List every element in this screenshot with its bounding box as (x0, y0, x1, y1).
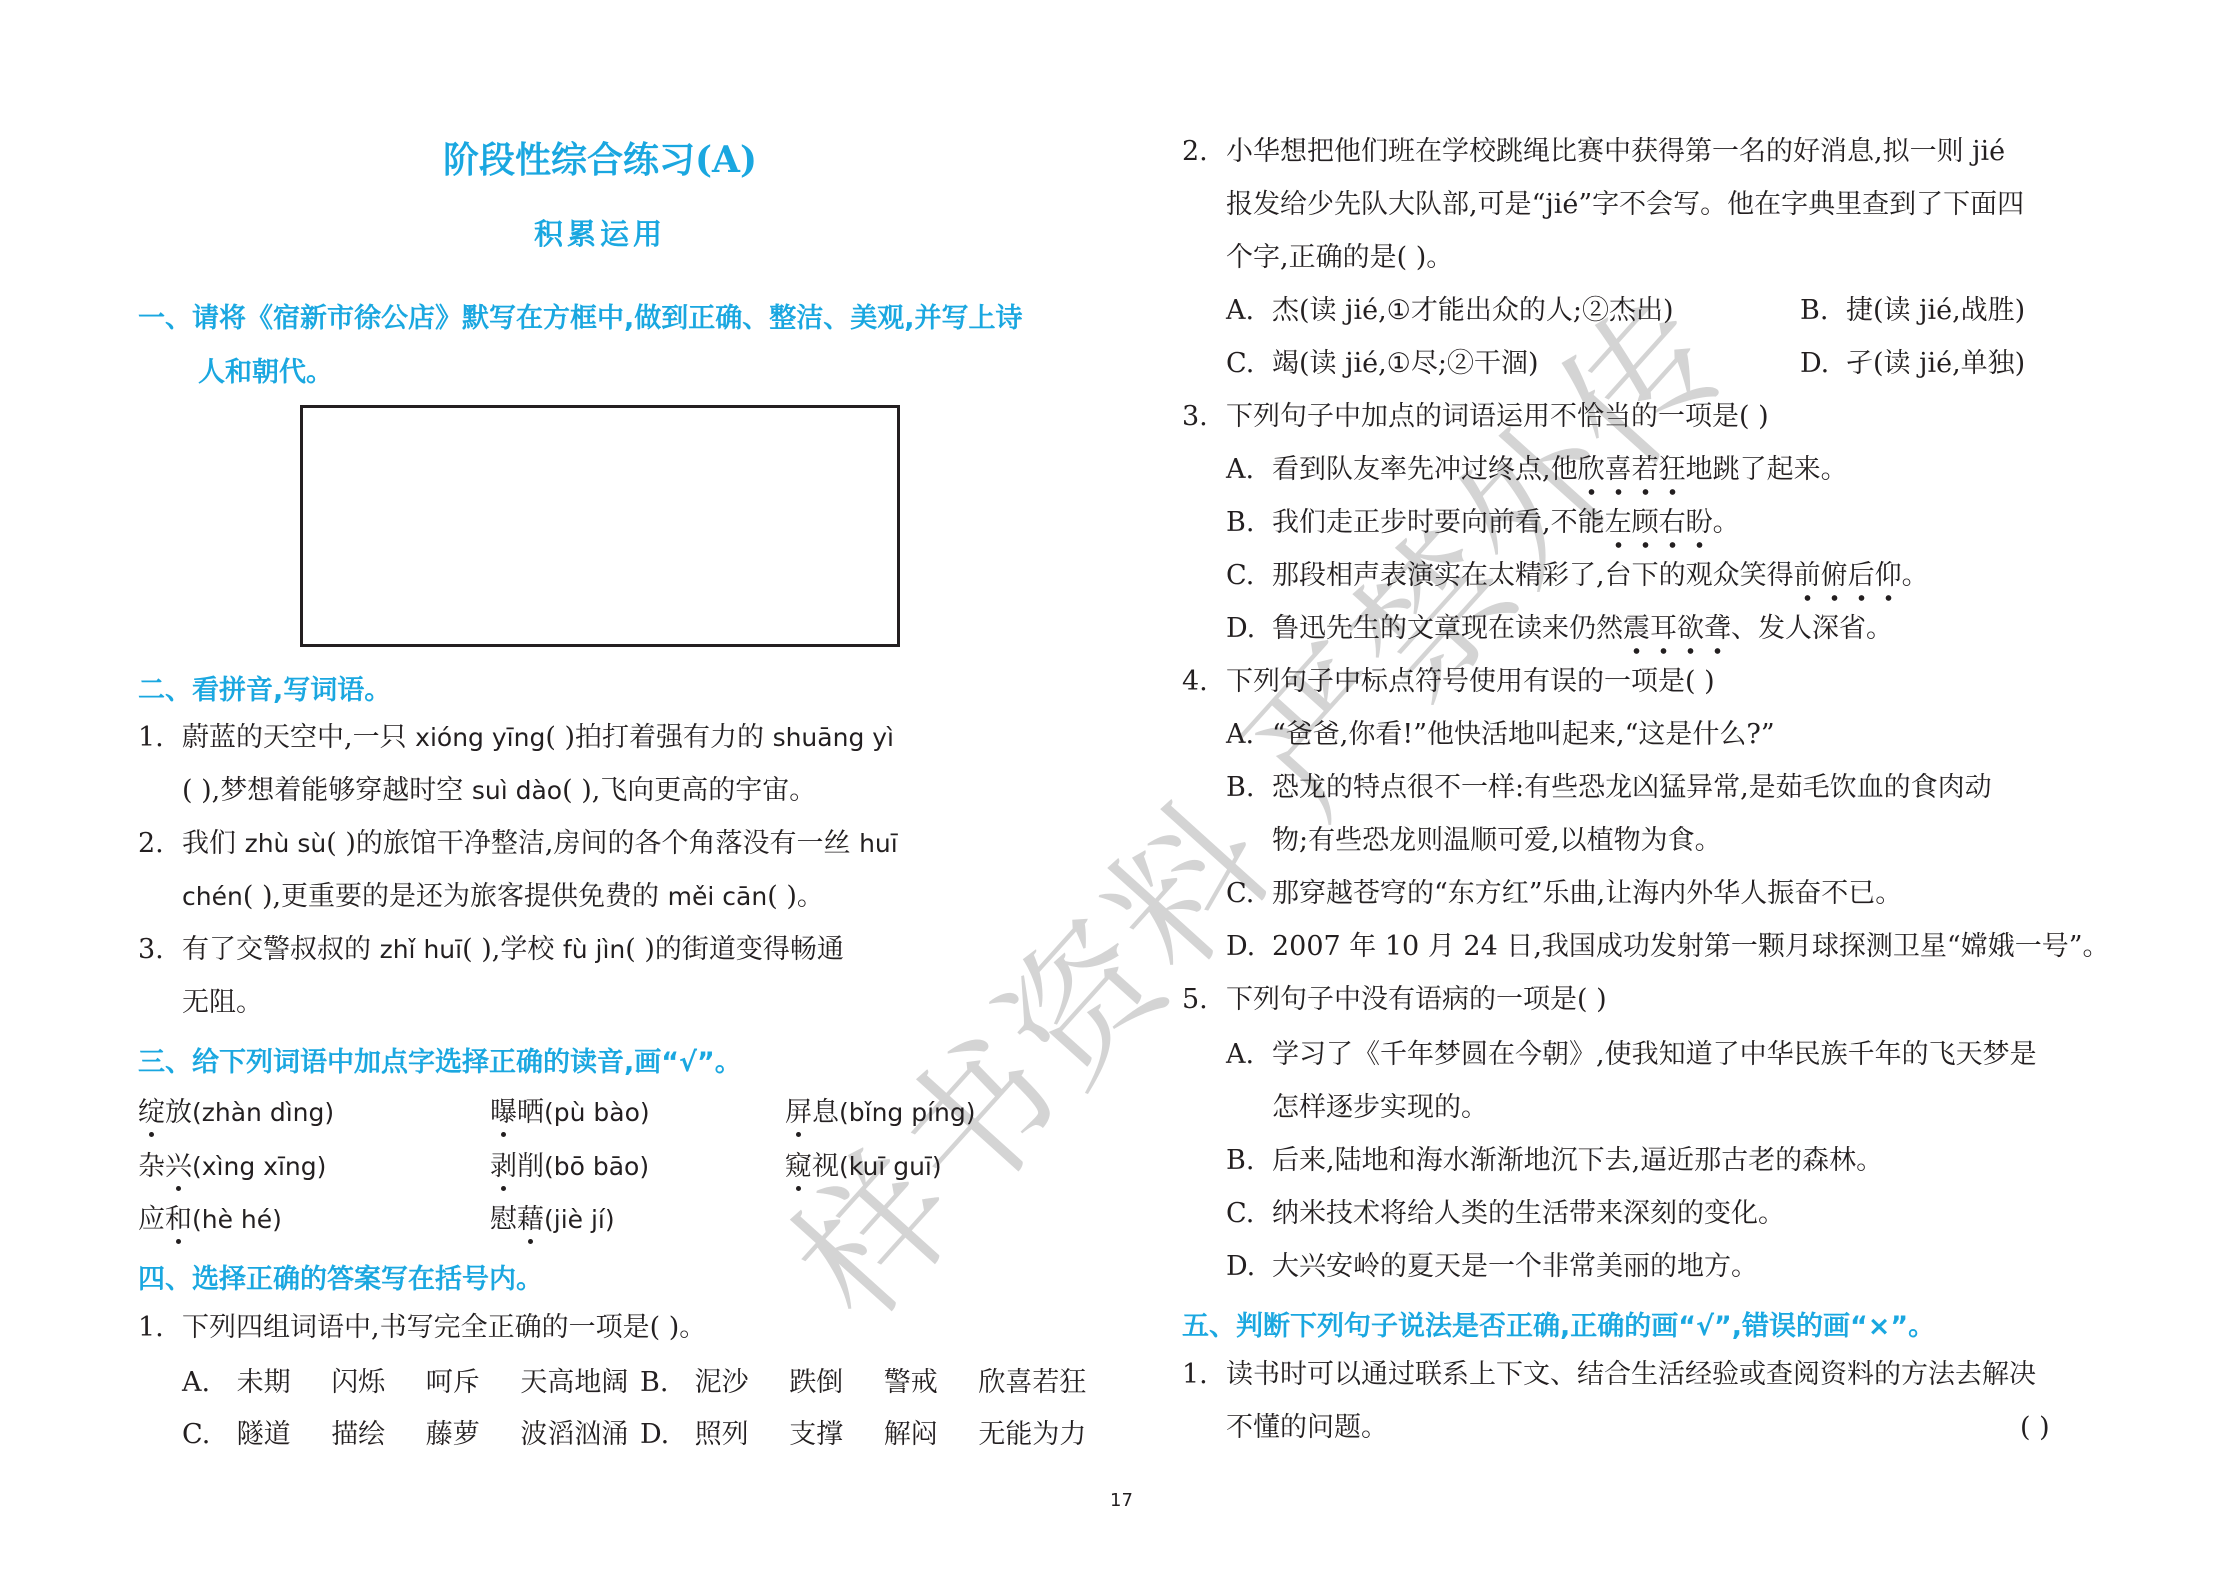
dotted-char: 藉 (517, 1204, 544, 1235)
char: 应 (138, 1204, 165, 1235)
statement-text: 读书时可以通过联系上下文、结合生活经验或查阅资料的方法去解决 (1226, 1359, 2036, 1390)
option-label: B. (1226, 1143, 1272, 1179)
pinyin-options[interactable]: (xìng xīng) (192, 1152, 326, 1181)
pinyin-options[interactable]: (bǐng píng) (839, 1098, 976, 1127)
word: 欣喜若狂 (978, 1365, 1086, 1401)
dotted-char: 和 (165, 1204, 192, 1235)
word: 照列 (695, 1417, 781, 1453)
s2-item3-line2: 无阻。 (182, 985, 263, 1021)
option-text: 捷(读 jié,战胜) (1846, 295, 2025, 326)
word: 泥沙 (695, 1365, 781, 1401)
option-label: B. (1226, 505, 1272, 541)
page-title: 阶段性综合练习(A) (0, 132, 1200, 183)
option-label: D. (1226, 1249, 1272, 1285)
s2-item2-line2: chén( ),更重要的是还为旅客提供免费的 měi cān( )。 (182, 879, 824, 915)
q3-option-d[interactable]: D.鲁迅先生的文章现在读来仍然震耳欲聋、发人深省。 (1226, 611, 1893, 647)
text: 有了交警叔叔的 (182, 934, 380, 965)
q2-stem-line1: 2.小华想把他们班在学校跳绳比赛中获得第一名的好消息,拟一则 jié (1182, 134, 2005, 170)
option-text: 大兴安岭的夏天是一个非常美丽的地方。 (1272, 1251, 1758, 1282)
option-text: 。 (1902, 560, 1929, 591)
option-text: 那段相声表演实在太精彩了,台下的观众笑得 (1272, 560, 1794, 591)
q3-option-a[interactable]: A.看到队友率先冲过终点,他欣喜若狂地跳了起来。 (1226, 452, 1848, 488)
char: 晒 (517, 1097, 544, 1128)
option-text: 竭(读 jié,①尽;②干涸) (1272, 348, 1539, 379)
poem-writing-box[interactable] (300, 405, 900, 647)
word: 无能为力 (978, 1417, 1086, 1453)
option-text: 恐龙的特点很不一样:有些恐龙凶猛异常,是茹毛饮血的食肉动 (1272, 772, 1992, 803)
option-text: 鲁迅先生的文章现在读来仍然 (1272, 613, 1623, 644)
dotted-word: 欣喜若狂 (1578, 454, 1686, 497)
pinyin: suì dào (472, 776, 562, 805)
q2-option-b[interactable]: B.捷(读 jié,战胜) (1800, 293, 2025, 329)
dotted-char: 曝 (490, 1097, 517, 1128)
pinyin-options[interactable]: (jiè jí) (544, 1205, 615, 1234)
dotted-word: 左顾右盼 (1605, 507, 1713, 550)
s5-item1-answer-blank[interactable]: ( ) (2020, 1410, 2050, 1446)
word: 跌倒 (789, 1365, 875, 1401)
dotted-word: 前俯后仰 (1794, 560, 1902, 603)
question-text: 下列句子中加点的词语运用不恰当的一项是( ) (1226, 401, 1769, 432)
question-text: 下列句子中标点符号使用有误的一项是( ) (1226, 666, 1715, 697)
page-number: 17 (1110, 1490, 1133, 1511)
option-text: 。 (1713, 507, 1740, 538)
section1-heading-cont: 人和朝代。 (198, 350, 333, 389)
word: 藤萝 (426, 1417, 512, 1453)
q4-option-b[interactable]: B.恐龙的特点很不一样:有些恐龙凶猛异常,是茹毛饮血的食肉动 (1226, 770, 1992, 806)
option-text: “爸爸,你看!”他快活地叫起来,“这是什么?” (1272, 719, 1775, 750)
q4-stem: 4.下列句子中标点符号使用有误的一项是( ) (1182, 664, 1715, 700)
option-text: 后来,陆地和海水渐渐地沉下去,逼近那古老的森林。 (1272, 1145, 1883, 1176)
question-text: 下列句子中没有语病的一项是( ) (1226, 984, 1607, 1015)
section3-heading: 三、给下列词语中加点字选择正确的读音,画“√”。 (138, 1040, 742, 1079)
item-number: 1. (1182, 1357, 1226, 1393)
q1-option-d[interactable]: D. 照列 支撑 解闷 无能为力 (640, 1417, 1086, 1453)
page-subtitle: 积累运用 (0, 212, 1200, 253)
char: 杂 (138, 1151, 165, 1182)
s5-item1-line1: 1.读书时可以通过联系上下文、结合生活经验或查阅资料的方法去解决 (1182, 1357, 2036, 1393)
s3-word-yinghe[interactable]: 应和(hè hé) (138, 1202, 282, 1238)
q2-option-a[interactable]: A.杰(读 jié,①才能出众的人;②杰出) (1226, 293, 1674, 329)
char: 息 (812, 1097, 839, 1128)
option-text: 我们走正步时要向前看,不能 (1272, 507, 1605, 538)
q2-stem-line2: 报发给少先队大队部,可是“jié”字不会写。他在字典里查到了下面四 (1226, 187, 2024, 223)
word: 警戒 (884, 1365, 970, 1401)
option-text: 地跳了起来。 (1686, 454, 1848, 485)
option-text: 那穿越苍穹的“东方红”乐曲,让海内外华人振奋不已。 (1272, 878, 1902, 909)
q5-option-c[interactable]: C.纳米技术将给人类的生活带来深刻的变化。 (1226, 1196, 1785, 1232)
dotted-char: 窥 (785, 1151, 812, 1182)
word: 未期 (237, 1365, 323, 1401)
option-label: C. (1226, 346, 1272, 382)
s3-word-bingxi[interactable]: 屏息(bǐng píng) (785, 1095, 976, 1131)
answer-blank[interactable]: ( ),梦想着能够穿越时空 (182, 775, 472, 806)
dotted-word: 震耳欲聋 (1623, 613, 1731, 656)
q1-stem: 1.下列四组词语中,书写完全正确的一项是( )。 (138, 1310, 706, 1346)
item-number: 2. (138, 826, 182, 862)
char: 放 (165, 1097, 192, 1128)
q2-option-c[interactable]: C.竭(读 jié,①尽;②干涸) (1226, 346, 1539, 382)
option-text: 孑(读 jié,单独) (1846, 348, 2025, 379)
option-label: C. (1226, 876, 1272, 912)
option-label: A. (1226, 452, 1272, 488)
option-label: C. (182, 1417, 228, 1453)
answer-blank[interactable]: ( )。 (767, 881, 824, 912)
pinyin-options[interactable]: (zhàn dìng) (192, 1098, 334, 1127)
pinyin: chén (182, 882, 243, 911)
option-label: A. (1226, 293, 1272, 329)
option-label: A. (182, 1365, 228, 1401)
option-label: D. (1800, 346, 1846, 382)
option-label: B. (1800, 293, 1846, 329)
section4-heading: 四、选择正确的答案写在括号内。 (138, 1257, 543, 1296)
q3-option-c[interactable]: C.那段相声表演实在太精彩了,台下的观众笑得前俯后仰。 (1226, 558, 1929, 594)
q5-option-a-cont: 怎样逐步实现的。 (1272, 1090, 1488, 1126)
q4-option-b-cont: 物;有些恐龙则温顺可爱,以植物为食。 (1272, 823, 1722, 859)
word: 呵斥 (426, 1365, 512, 1401)
s3-word-kuishi[interactable]: 窥视(kuī guī) (785, 1149, 942, 1185)
answer-blank[interactable]: ( )的旅馆干净整洁,房间的各个角落没有一丝 (326, 828, 859, 859)
option-text: 纳米技术将给人类的生活带来深刻的变化。 (1272, 1198, 1785, 1229)
item-number: 3. (138, 932, 182, 968)
char: 削 (517, 1151, 544, 1182)
dotted-char: 兴 (165, 1151, 192, 1182)
word: 隧道 (237, 1417, 323, 1453)
s2-item3-line1: 3.有了交警叔叔的 zhǐ huī( ),学校 fù jìn( )的街道变得畅通 (138, 932, 844, 968)
option-label: D. (1226, 611, 1272, 647)
item-number: 3. (1182, 399, 1226, 435)
option-label: B. (640, 1365, 686, 1401)
answer-blank[interactable]: ( ),飞向更高的宇宙。 (562, 775, 816, 806)
pinyin: zhǐ huī (380, 935, 463, 964)
q4-option-d[interactable]: D.2007 年 10 月 24 日,我国成功发射第一颗月球探测卫星“嫦娥一号”… (1226, 929, 2110, 965)
s2-item2-line1: 2.我们 zhù sù( )的旅馆干净整洁,房间的各个角落没有一丝 huī (138, 826, 898, 862)
item-number: 4. (1182, 664, 1226, 700)
answer-blank[interactable]: ( )的街道变得畅通 (625, 934, 844, 965)
s3-word-zhanfang[interactable]: 绽放(zhàn dìng) (138, 1095, 334, 1131)
answer-blank[interactable]: ( )拍打着强有力的 (545, 722, 772, 753)
s2-item1-line1: 1.蔚蓝的天空中,一只 xióng yīng( )拍打着强有力的 shuāng … (138, 720, 894, 756)
text: 我们 (182, 828, 245, 859)
section2-heading: 二、看拼音,写词语。 (138, 668, 391, 707)
dotted-char: 剥 (490, 1151, 517, 1182)
item-number: 2. (1182, 134, 1226, 170)
q2-option-d[interactable]: D.孑(读 jié,单独) (1800, 346, 2025, 382)
pinyin: huī (859, 829, 898, 858)
dotted-char: 屏 (785, 1097, 812, 1128)
answer-blank[interactable]: ( ),学校 (462, 934, 563, 965)
pinyin: fù jìn (563, 935, 625, 964)
pinyin-options[interactable]: (kuī guī) (839, 1152, 942, 1181)
pinyin: shuāng yì (773, 723, 894, 752)
q4-option-c[interactable]: C.那穿越苍穹的“东方红”乐曲,让海内外华人振奋不已。 (1226, 876, 1902, 912)
s3-word-pushai[interactable]: 曝晒(pù bào) (490, 1095, 650, 1131)
pinyin-options[interactable]: (pù bào) (544, 1098, 650, 1127)
item-number: 1. (138, 720, 182, 756)
q4-option-a[interactable]: A.“爸爸,你看!”他快活地叫起来,“这是什么?” (1226, 717, 1775, 753)
option-label: D. (1226, 929, 1272, 965)
dotted-char: 绽 (138, 1097, 165, 1128)
q1-option-b[interactable]: B. 泥沙 跌倒 警戒 欣喜若狂 (640, 1365, 1086, 1401)
option-label: A. (1226, 717, 1272, 753)
q5-option-a[interactable]: A.学习了《千年梦圆在今朝》,使我知道了中华民族千年的飞天梦是 (1226, 1037, 2037, 1073)
word: 解闷 (884, 1417, 970, 1453)
option-text: 、发人深省。 (1731, 613, 1893, 644)
option-label: A. (1226, 1037, 1272, 1073)
pinyin-options[interactable]: (hè hé) (192, 1205, 282, 1234)
section5-heading: 五、判断下列句子说法是否正确,正确的画“√”,错误的画“×”。 (1182, 1304, 1935, 1343)
q5-option-b[interactable]: B.后来,陆地和海水渐渐地沉下去,逼近那古老的森林。 (1226, 1143, 1883, 1179)
char: 慰 (490, 1204, 517, 1235)
option-text: 2007 年 10 月 24 日,我国成功发射第一颗月球探测卫星“嫦娥一号”。 (1272, 931, 2110, 962)
q5-option-d[interactable]: D.大兴安岭的夏天是一个非常美丽的地方。 (1226, 1249, 1758, 1285)
pinyin: měi cān (668, 882, 768, 911)
pinyin-options[interactable]: (bō bāo) (544, 1152, 649, 1181)
q1-option-a[interactable]: A. 未期 闪烁 呵斥 天高地阔 (182, 1365, 660, 1401)
q5-stem: 5.下列句子中没有语病的一项是( ) (1182, 982, 1607, 1018)
word: 闪烁 (331, 1365, 417, 1401)
option-label: C. (1226, 1196, 1272, 1232)
text: 蔚蓝的天空中,一只 (182, 722, 415, 753)
s2-item1-line2: ( ),梦想着能够穿越时空 suì dào( ),飞向更高的宇宙。 (182, 773, 816, 809)
s3-word-weijie[interactable]: 慰藉(jiè jí) (490, 1202, 615, 1238)
option-label: B. (1226, 770, 1272, 806)
char: 视 (812, 1151, 839, 1182)
s5-item1-line2: 不懂的问题。 (1226, 1410, 1388, 1446)
q2-stem-line3: 个字,正确的是( )。 (1226, 240, 1453, 276)
option-label: D. (640, 1417, 686, 1453)
s3-word-zaxing[interactable]: 杂兴(xìng xīng) (138, 1149, 326, 1185)
option-text: 学习了《千年梦圆在今朝》,使我知道了中华民族千年的飞天梦是 (1272, 1039, 2037, 1070)
q3-stem: 3.下列句子中加点的词语运用不恰当的一项是( ) (1182, 399, 1769, 435)
item-number: 1. (138, 1310, 182, 1346)
answer-blank[interactable]: ( ),更重要的是还为旅客提供免费的 (243, 881, 668, 912)
question-text: 小华想把他们班在学校跳绳比赛中获得第一名的好消息,拟一则 jié (1226, 136, 2005, 167)
word: 支撑 (789, 1417, 875, 1453)
question-text: 下列四组词语中,书写完全正确的一项是( )。 (182, 1312, 706, 1343)
pinyin: zhù sù (245, 829, 327, 858)
q3-option-b[interactable]: B.我们走正步时要向前看,不能左顾右盼。 (1226, 505, 1740, 541)
option-text: 杰(读 jié,①才能出众的人;②杰出) (1272, 295, 1674, 326)
q1-option-c[interactable]: C. 隧道 描绘 藤萝 波滔汹涌 (182, 1417, 660, 1453)
option-label: C. (1226, 558, 1272, 594)
item-number: 5. (1182, 982, 1226, 1018)
word: 描绘 (331, 1417, 417, 1453)
s3-word-boxue[interactable]: 剥削(bō bāo) (490, 1149, 649, 1185)
pinyin: xióng yīng (415, 723, 545, 752)
section1-heading: 一、请将《宿新市徐公店》默写在方框中,做到正确、整洁、美观,并写上诗 (138, 296, 1023, 335)
option-text: 看到队友率先冲过终点,他 (1272, 454, 1578, 485)
